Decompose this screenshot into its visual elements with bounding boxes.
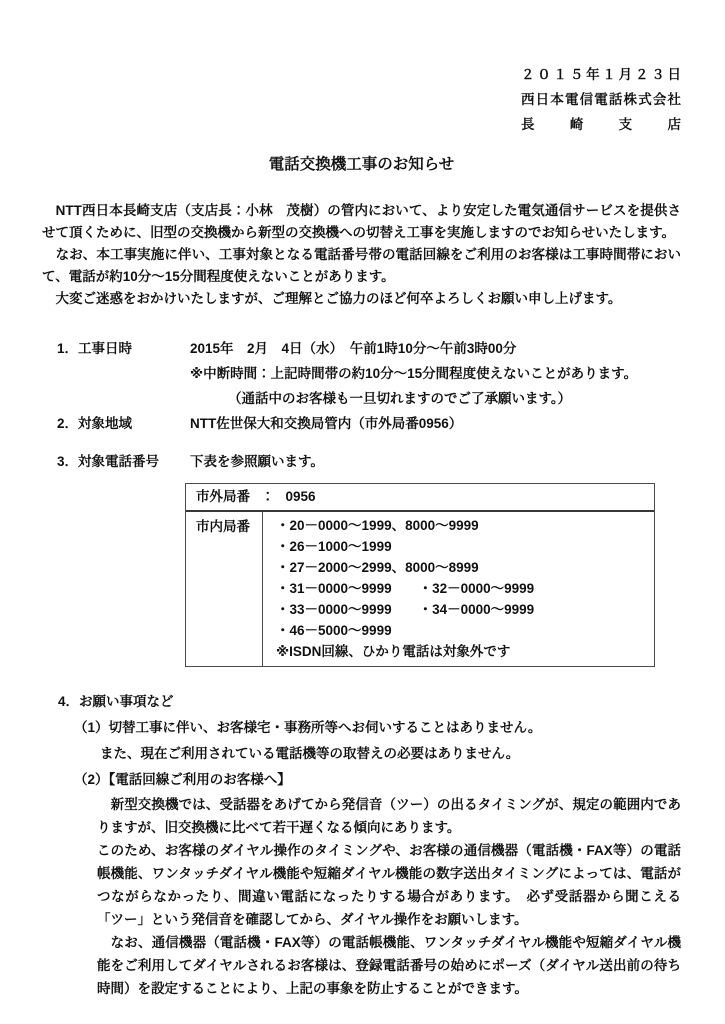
company-name: 西日本電信電話株式会社 <box>521 87 681 112</box>
phone-range-line: ・31－0000～9999 ・32－0000～9999 <box>276 578 648 599</box>
request-item-1: （1）切替工事に伴い、お客様宅・事務所等へお伺いすることはありません。 <box>74 715 681 741</box>
section-target-area: 2．対象地域 NTT佐世保大和交換局管内（市外局番0956） <box>57 411 681 436</box>
phone-range-line: ・26－1000～1999 <box>276 536 648 557</box>
section-1-label: 1．工事日時 <box>57 336 190 411</box>
section-target-numbers: 3．対象電話番号 下表を参照願います。 <box>57 449 681 474</box>
section-3-label: 3．対象電話番号 <box>57 449 190 474</box>
phone-range-line: ・46－5000～9999 <box>276 620 648 641</box>
target-area-value: NTT佐世保大和交換局管内（市外局番0956） <box>190 411 681 436</box>
local-code-row: 市内局番 ・20－0000～1999、8000～9999 ・26－1000～19… <box>186 512 654 666</box>
document-header: ２０１５年１月２３日 西日本電信電話株式会社 長 崎 支 店 <box>521 62 681 137</box>
doc-title: 電話交換機工事のお知らせ <box>42 154 681 176</box>
document-page: ２０１５年１月２３日 西日本電信電話株式会社 長 崎 支 店 電話交換機工事のお… <box>0 0 725 1024</box>
section-2-label: 2．対象地域 <box>57 411 190 436</box>
local-code-label: 市内局番 <box>186 512 263 666</box>
intro-paragraph-2: なお、本工事実施に伴い、工事対象となる電話番号帯の電話回線をご利用のお客様は工事… <box>42 244 681 288</box>
local-code-list: ・20－0000～1999、8000～9999 ・26－1000～1999 ・2… <box>263 512 654 666</box>
target-numbers-value: 下表を参照願います。 <box>190 449 681 474</box>
branch-name: 長 崎 支 店 <box>521 112 681 137</box>
request-item-1-continuation: また、現在ご利用されている電話機等の取替えの必要はありません。 <box>100 741 681 767</box>
interruption-note: ※中断時間：上記時間帯の約10分～15分間程度使えないことがあります。 <box>190 361 681 386</box>
intro-paragraph-3: 大変ご迷惑をおかけいたしますが、ご理解とご協力のほど何卒よろしくお願い申し上げま… <box>42 288 681 310</box>
area-code-value: 0956 <box>286 489 316 504</box>
request-paragraph-2: このため、お客様のダイヤル操作のタイミングや、お客様の通信機器（電話機・FAX等… <box>97 839 681 931</box>
phone-range-line: ・33－0000～9999 ・34－0000～9999 <box>276 599 648 620</box>
sections-block: 1．工事日時 2015年 2月 4日（水） 午前1時10分～午前3時00分 ※中… <box>42 336 681 667</box>
phone-number-table: 市外局番：0956 市内局番 ・20－0000～1999、8000～9999 ・… <box>185 483 655 667</box>
requests-heading: 4．お願い事項など <box>58 689 681 715</box>
request-item-2-heading: （2）【電話回線ご利用のお客様へ】 <box>74 767 681 793</box>
section-work-datetime: 1．工事日時 2015年 2月 4日（水） 午前1時10分～午前3時00分 ※中… <box>57 336 681 411</box>
requests-section: 4．お願い事項など （1）切替工事に伴い、お客様宅・事務所等へお伺いすることはあ… <box>42 689 681 1000</box>
request-paragraph-3: なお、通信機器（電話機・FAX等）の電話帳機能、ワンタッチダイヤル機能や短縮ダイ… <box>97 931 681 1000</box>
area-code-row: 市外局番：0956 <box>186 484 654 512</box>
area-code-label: 市外局番 <box>196 489 250 504</box>
work-datetime: 2015年 2月 4日（水） 午前1時10分～午前3時00分 <box>190 336 681 361</box>
area-code-separator: ： <box>261 489 275 504</box>
intro-block: NTT西日本長崎支店（支店長：小林 茂樹）の管内において、より安定した電気通信サ… <box>42 200 681 310</box>
isdn-exclusion-note: ※ISDN回線、ひかり電話は対象外です <box>276 641 648 662</box>
call-disconnect-note: （通話中のお客様も一旦切れますのでご了承願います。） <box>228 386 681 411</box>
intro-paragraph-1: NTT西日本長崎支店（支店長：小林 茂樹）の管内において、より安定した電気通信サ… <box>42 200 681 244</box>
phone-range-line: ・20－0000～1999、8000～9999 <box>276 515 648 536</box>
doc-date: ２０１５年１月２３日 <box>521 62 681 87</box>
request-paragraph-1: 新型交換機では、受話器をあげてから発信音（ツー）の出るタイミングが、規定の範囲内… <box>97 793 681 839</box>
phone-range-line: ・27－2000～2999、8000～8999 <box>276 557 648 578</box>
section-1-value: 2015年 2月 4日（水） 午前1時10分～午前3時00分 ※中断時間：上記時… <box>190 336 681 411</box>
